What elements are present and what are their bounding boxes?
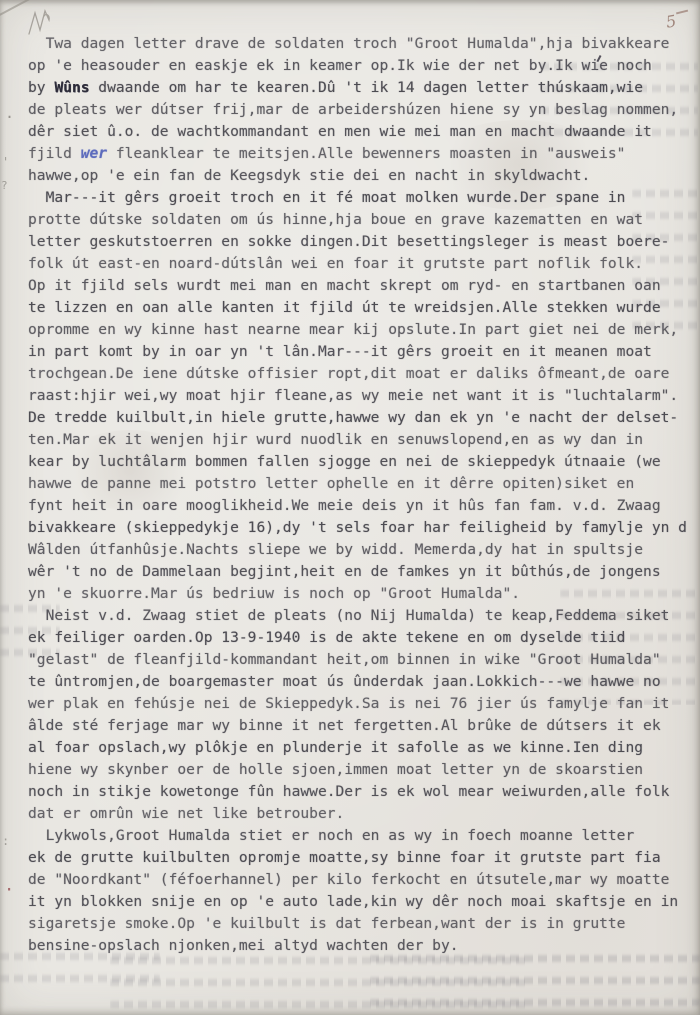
text-line: bivakkeare (skieppedykje 16),dy 't sels … [28,517,700,539]
typewritten-text: Twa dagen letter drave de soldaten troch… [28,33,700,957]
text-line: ek feiliger oarden.Op 13-9-1940 is de ak… [28,627,700,649]
text-line: kear by luchtâlarm bommen fallen sjogge … [28,451,700,473]
text-line: by Wûns dwaande om har te kearen.Dû 't i… [28,77,700,99]
text-line: de "Noordkant" (féfoerhannel) per kilo f… [28,869,700,891]
text-line: dêr siet û.o. de wachtkommandant en men … [28,121,700,143]
text-line: de pleats wer dútser frij,mar de arbeide… [28,99,700,121]
margin-mark: ? [1,179,8,192]
page-number-flourish [676,10,688,14]
text-line: fjild wer fleanklear te meitsjen.Alle be… [28,143,700,165]
margin-mark: · [4,880,14,900]
text-line: dat er omrûn wie net like betrouber. [28,803,700,825]
text-line: wêr 't no de Dammelaan begjint,heit en d… [28,561,700,583]
text-line: hiene wy skynber oer de holle sjoen,imme… [28,759,700,781]
text-line: âlde sté ferjage mar wy binne it net fer… [28,715,700,737]
text-line: al foar opslach,wy plôkje en plunderje i… [28,737,700,759]
text-line: sigaretsje smoke.Op 'e kuilbult is dat f… [28,913,700,935]
margin-mark: ' [2,155,9,169]
handwritten-blue-word: wer [81,145,107,162]
text-line: Mar---it gêrs groeit troch en it fé moat… [28,187,700,209]
margin-mark: : [2,834,9,848]
document-page: Twa dagen letter drave de soldaten troch… [0,0,700,1015]
bleed-through-text [370,950,700,1015]
text-line: Op it fjild sels wurdt mei man en macht … [28,275,700,297]
text-line: te ûntromjen,de boargemaster moat ús ûnd… [28,671,700,693]
text-line: te lizzen en oan alle kanten it fjild út… [28,297,700,319]
text-line: fynt heit in oare mooglikheid.We meie de… [28,495,700,517]
pencil-mark-icon [26,6,60,40]
text-line: ek de grutte kuilbulten opromje moatte,s… [28,847,700,869]
text-line: in part komt by in oar yn 't lân.Mar---i… [28,341,700,363]
text-line: Lykwols,Groot Humalda stiet er noch en a… [28,825,700,847]
text-line: letter geskutstoerren en sokke dingen.Di… [28,231,700,253]
text-line: ten.Mar ek it wenjen hjir wurd nuodlik e… [28,429,700,451]
text-line: raast:hjir wei,wy moat hjir fleane,as wy… [28,385,700,407]
text-line: noch in stikje kowetonge fûn hawwe.Der i… [28,781,700,803]
margin-mark: · [5,108,14,126]
text-line: wer plak en fehúsje nei de Skieppedyk.Sa… [28,693,700,715]
text-line: it yn blokken snije en op 'e auto lade,k… [28,891,700,913]
text-line: trochgean.De iene dútske offisier ropt,d… [28,363,700,385]
text-line: "gelast" de fleanfjild-kommandant heit,o… [28,649,700,671]
text-line: De tredde kuilbult,in hiele grutte,hawwe… [28,407,700,429]
text-line: Neist v.d. Zwaag stiet de pleats (no Nij… [28,605,700,627]
text-line: hawwe de panne mei potstro letter ophell… [28,473,700,495]
page-number-annotation: 5 [664,11,677,31]
text-line: hawwe,op 'e ein fan de Keegsdyk stie dei… [28,165,700,187]
text-line: protte dútske soldaten om ús hinne,hja b… [28,209,700,231]
ink-overwritten-word: Wûns [54,79,89,96]
text-line: Wâlden útfanhûsje.Nachts sliepe we by wi… [28,539,700,561]
text-line: yn 'e skuorre.Mar ús bedriuw is noch op … [28,583,700,605]
text-line: folk út east-en noard-dútslân wei en foa… [28,253,700,275]
text-line: opromme en wy kinne hast nearne mear kij… [28,319,700,341]
text-line: Twa dagen letter drave de soldaten troch… [28,33,700,55]
text-line: bensine-opslach njonken,mei altyd wachte… [28,935,700,957]
